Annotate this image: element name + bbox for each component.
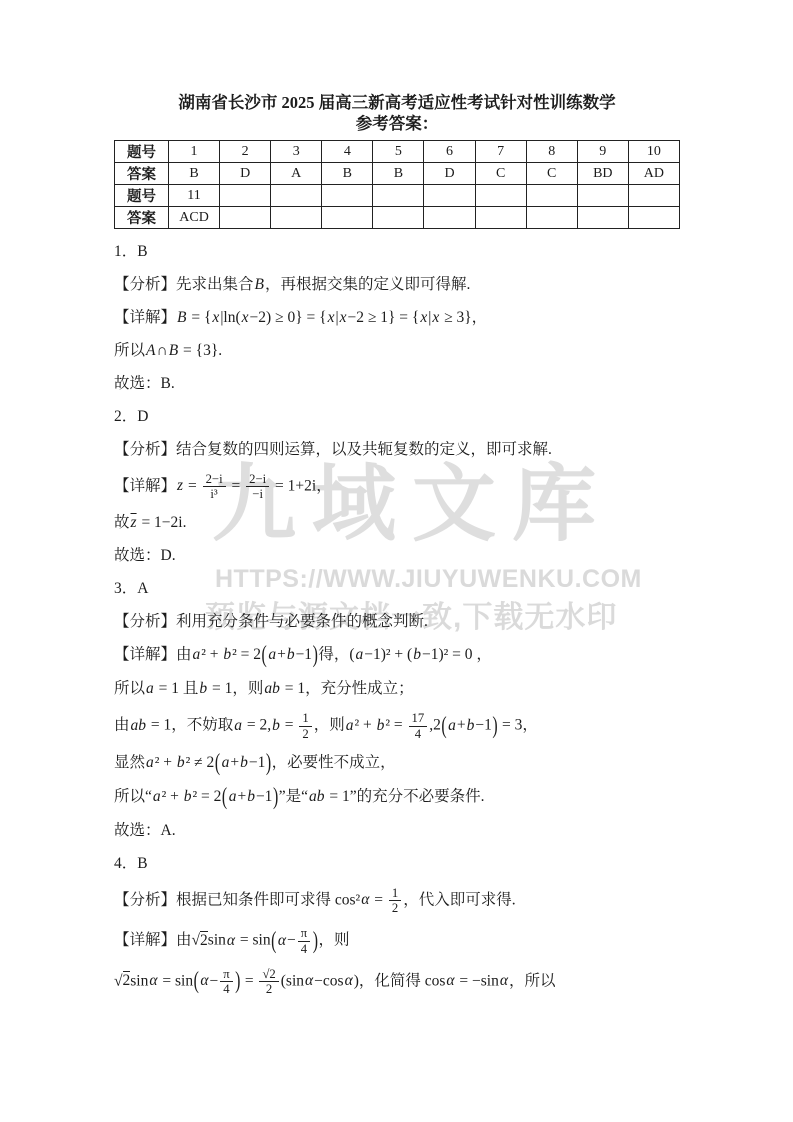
solution-line: 【详解】由√2sinα = sin(α−π4)，则 xyxy=(114,926,680,955)
table-cell xyxy=(424,185,475,207)
document-title: 湖南省长沙市 2025 届高三新高考适应性考试针对性训练数学 xyxy=(114,92,680,113)
math-token: 17 xyxy=(409,711,428,726)
math-variable: a xyxy=(228,788,238,805)
table-cell: A xyxy=(271,163,322,185)
table-header-cell: 答案 xyxy=(115,207,169,229)
math-variable: b xyxy=(286,646,296,663)
math-variable: x xyxy=(419,309,428,326)
math-token: ( xyxy=(441,710,447,744)
math-token: −i xyxy=(249,487,266,501)
math-variable: B xyxy=(176,309,187,326)
fraction: 12 xyxy=(389,886,401,915)
solution-block: 3．A【分析】利用充分条件与必要条件的概念判断.【详解】由a² + b² = 2… xyxy=(114,578,680,841)
math-token: ) xyxy=(272,781,278,815)
math-token: π xyxy=(298,926,310,941)
table-row: 题号11 xyxy=(115,185,680,207)
math-variable: B xyxy=(168,342,179,359)
solution-line: 【分析】根据已知条件即可求得 cos²α = 12，代入即可求得. xyxy=(114,886,680,915)
table-cell xyxy=(577,185,628,207)
math-variable: b xyxy=(222,646,232,663)
math-variable: α xyxy=(499,972,509,989)
math-variable: a xyxy=(447,717,457,734)
math-token: 4 xyxy=(412,727,424,741)
table-cell: 11 xyxy=(169,185,220,207)
table-cell xyxy=(475,185,526,207)
table-cell xyxy=(628,207,679,229)
table-cell: 9 xyxy=(577,141,628,163)
table-cell: ACD xyxy=(169,207,220,229)
math-variable: b xyxy=(246,788,256,805)
math-token: ( xyxy=(221,781,227,815)
table-row: 答案BDABBDCCBDAD xyxy=(115,163,680,185)
math-variable: a xyxy=(145,680,155,697)
math-variable: A xyxy=(145,342,156,359)
math-token: ( xyxy=(193,965,199,999)
math-token: ) xyxy=(492,710,498,744)
math-variable: a xyxy=(233,717,243,734)
solution-line: 【分析】利用充分条件与必要条件的概念判断. xyxy=(114,611,680,633)
fraction: π4 xyxy=(298,926,310,955)
math-variable: x xyxy=(211,309,220,326)
math-token: 1 xyxy=(299,711,311,726)
math-token: 2−i xyxy=(246,472,269,487)
math-token: 4 xyxy=(298,942,310,956)
solution-line: 【详解】z = 2−ii³ = 2−i−i = 1+2i， xyxy=(114,472,680,501)
math-variable: a xyxy=(221,754,231,771)
solution-line: 所以A∩B = {3}. xyxy=(114,340,680,362)
math-variable: α xyxy=(304,972,314,989)
solution-block: 1．B【分析】先求出集合B，再根据交集的定义即可得解.【详解】B = {x|ln… xyxy=(114,241,680,395)
math-token: ( xyxy=(261,639,267,673)
table-cell: BD xyxy=(577,163,628,185)
table-cell: 10 xyxy=(628,141,679,163)
math-variable: x xyxy=(327,309,336,326)
fraction: π4 xyxy=(220,967,232,996)
math-variable: a xyxy=(345,717,355,734)
table-cell xyxy=(322,185,373,207)
math-variable: α xyxy=(277,932,287,949)
table-cell: 2 xyxy=(220,141,271,163)
math-token: 2−i xyxy=(203,472,226,487)
math-variable: b xyxy=(183,788,193,805)
solution-line: 显然a² + b² ≠ 2(a+b−1)，必要性不成立， xyxy=(114,752,680,775)
fraction: 2−ii³ xyxy=(203,472,226,501)
answers-heading: 参考答案： xyxy=(114,113,680,134)
table-cell: 6 xyxy=(424,141,475,163)
fraction: 174 xyxy=(409,711,428,740)
math-token: 2 xyxy=(123,971,131,989)
solution-line: 【分析】先求出集合B，再根据交集的定义即可得解. xyxy=(114,274,680,296)
math-variable: α xyxy=(226,932,236,949)
table-cell xyxy=(424,207,475,229)
math-variable: x xyxy=(339,309,348,326)
solution-line: 由ab = 1，不妨取a = 2,b = 12，则a² + b² = 174,2… xyxy=(114,711,680,740)
math-variable: b xyxy=(271,717,281,734)
square-root: √2 xyxy=(114,971,130,989)
math-token: ) xyxy=(312,639,318,673)
math-variable: b xyxy=(412,646,422,663)
math-token: 2 xyxy=(200,931,208,949)
math-variable: ab xyxy=(308,788,326,805)
math-variable: b xyxy=(466,717,476,734)
math-variable: a xyxy=(192,646,202,663)
math-variable: ab xyxy=(130,717,148,734)
square-root: √2 xyxy=(192,931,208,949)
solution-line: 故选：A. xyxy=(114,820,680,842)
math-variable: b xyxy=(376,717,386,734)
fraction: 12 xyxy=(299,711,311,740)
table-cell xyxy=(373,207,424,229)
table-cell: B xyxy=(373,163,424,185)
solution-line: 4．B xyxy=(114,853,680,875)
math-variable: b xyxy=(198,680,208,697)
math-token: ( xyxy=(214,747,220,781)
math-token: √2 xyxy=(259,967,278,982)
math-variable: z xyxy=(176,477,184,494)
table-cell: C xyxy=(526,163,577,185)
table-cell xyxy=(475,207,526,229)
math-token: ( xyxy=(271,925,277,959)
solution-line: 2．D xyxy=(114,406,680,428)
table-cell xyxy=(220,207,271,229)
math-token: 2 xyxy=(389,901,401,915)
solution-line: √2sinα = sin(α−π4) = √22(sinα−cosα)，化简得 … xyxy=(114,967,680,996)
math-token: 1 xyxy=(389,886,401,901)
math-variable: a xyxy=(355,646,365,663)
answer-table: 题号12345678910答案BDABBDCCBDAD题号11答案ACD xyxy=(114,140,680,229)
math-variable: ab xyxy=(263,680,281,697)
table-cell xyxy=(220,185,271,207)
solution-block: 4．B【分析】根据已知条件即可求得 cos²α = 12，代入即可求得.【详解】… xyxy=(114,853,680,996)
solution-block: 2．D【分析】结合复数的四则运算，以及共轭复数的定义，即可求解.【详解】z = … xyxy=(114,406,680,567)
solution-line: 【详解】B = {x|ln(x−2) ≥ 0} = {x|x−2 ≥ 1} = … xyxy=(114,307,680,329)
solution-line: 1．B xyxy=(114,241,680,263)
solution-line: 所以“a² + b² = 2(a+b−1)”是“ab = 1”的充分不必要条件. xyxy=(114,786,680,809)
math-variable: a xyxy=(152,788,162,805)
table-cell xyxy=(271,185,322,207)
table-cell: 1 xyxy=(169,141,220,163)
math-variable: α xyxy=(344,972,354,989)
solution-line: 所以a = 1 且b = 1，则ab = 1，充分性成立； xyxy=(114,678,680,700)
math-token: ) xyxy=(265,747,271,781)
math-variable: α xyxy=(148,972,158,989)
table-cell xyxy=(526,207,577,229)
solution-line: 【详解】由a² + b² = 2(a+b−1)得，(a−1)² + (b−1)²… xyxy=(114,644,680,667)
document-content: 湖南省长沙市 2025 届高三新高考适应性考试针对性训练数学 参考答案： 题号1… xyxy=(114,92,680,1007)
solution-line: 3．A xyxy=(114,578,680,600)
table-cell: D xyxy=(424,163,475,185)
table-cell: C xyxy=(475,163,526,185)
math-variable: α xyxy=(199,972,209,989)
solution-line: 故选：B. xyxy=(114,373,680,395)
table-cell: 5 xyxy=(373,141,424,163)
math-variable: α xyxy=(360,891,370,908)
math-variable: B xyxy=(254,276,265,293)
math-variable: a xyxy=(145,754,155,771)
table-cell: AD xyxy=(628,163,679,185)
math-variable: x xyxy=(431,309,440,326)
table-cell: B xyxy=(322,163,373,185)
math-token: π xyxy=(220,967,232,982)
table-cell xyxy=(322,207,373,229)
table-row: 题号12345678910 xyxy=(115,141,680,163)
math-token: 4 xyxy=(220,982,232,996)
solution-line: 【分析】结合复数的四则运算，以及共轭复数的定义，即可求解. xyxy=(114,439,680,461)
math-variable: b xyxy=(176,754,186,771)
table-cell xyxy=(577,207,628,229)
math-token: 2 xyxy=(299,727,311,741)
table-cell: 7 xyxy=(475,141,526,163)
math-token: 2 xyxy=(263,982,275,996)
math-variable: α xyxy=(445,972,455,989)
table-row: 答案ACD xyxy=(115,207,680,229)
fraction: 2−i−i xyxy=(246,472,269,501)
math-token: ) xyxy=(312,925,318,959)
math-token: z xyxy=(130,514,138,531)
table-cell: D xyxy=(220,163,271,185)
solution-line: 故z = 1−2i. xyxy=(114,512,680,534)
table-cell: B xyxy=(169,163,220,185)
math-variable: x xyxy=(241,309,250,326)
solution-line: 故选：D. xyxy=(114,545,680,567)
table-cell xyxy=(526,185,577,207)
math-token: i³ xyxy=(207,487,220,501)
document-page: 九域文库 HTTPS://WWW.JIUYUWENKU.COM 预览与源文档一致… xyxy=(0,0,793,1122)
table-cell: 3 xyxy=(271,141,322,163)
table-cell xyxy=(271,207,322,229)
table-header-cell: 题号 xyxy=(115,185,169,207)
math-token: ) xyxy=(235,965,241,999)
math-variable: b xyxy=(239,754,249,771)
table-header-cell: 答案 xyxy=(115,163,169,185)
table-cell xyxy=(373,185,424,207)
table-cell: 4 xyxy=(322,141,373,163)
table-cell: 8 xyxy=(526,141,577,163)
math-variable: a xyxy=(267,646,277,663)
table-cell xyxy=(628,185,679,207)
table-header-cell: 题号 xyxy=(115,141,169,163)
solutions-section: 1．B【分析】先求出集合B，再根据交集的定义即可得解.【详解】B = {x|ln… xyxy=(114,241,680,996)
fraction: √22 xyxy=(259,967,278,996)
